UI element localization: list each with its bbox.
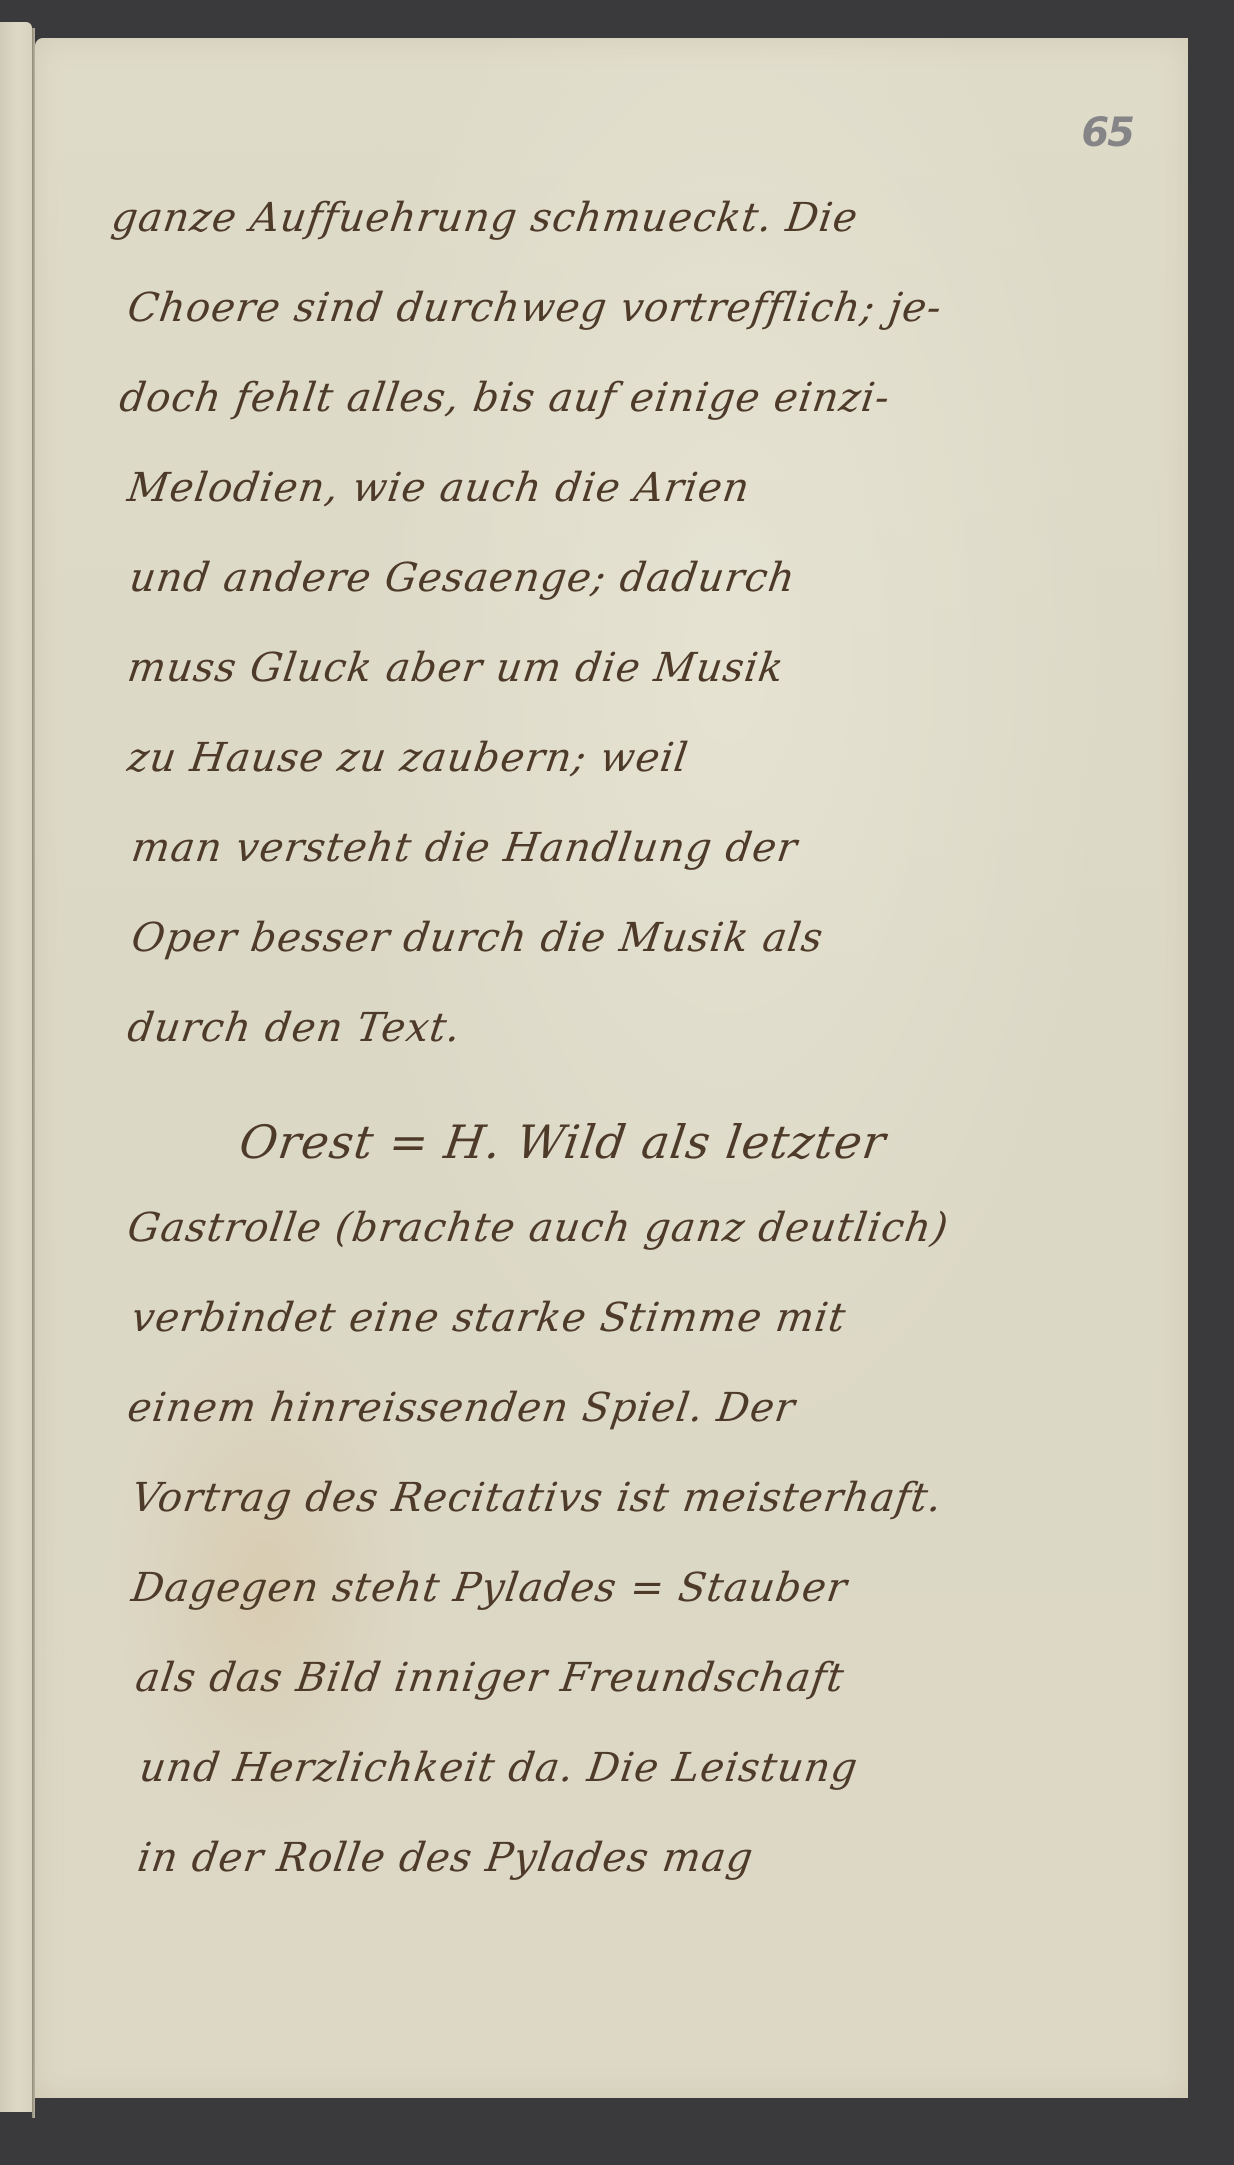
handwritten-text-block: ganze Auffuehrung schmueckt. DieChoere s…	[35, 38, 1188, 2098]
text-line: in der Rolle des Pylades mag	[135, 1835, 757, 1881]
text-line: ganze Auffuehrung schmueckt. Die	[109, 195, 861, 241]
text-line: Vortrag des Recitativs ist meisterhaft.	[129, 1475, 945, 1521]
text-line: durch den Text.	[125, 1005, 464, 1051]
text-line: doch fehlt alles, bis auf einige einzi-	[117, 375, 893, 421]
text-line: muss Gluck aber um die Musik	[125, 645, 787, 691]
text-line: Choere sind durchweg vortrefflich; je-	[125, 285, 945, 331]
text-line: einem hinreissenden Spiel. Der	[125, 1385, 799, 1431]
text-line: und andere Gesaenge; dadurch	[127, 555, 799, 601]
text-line: Melodien, wie auch die Arien	[125, 465, 753, 511]
section-heading-line: Orest = H. Wild als letzter	[236, 1115, 889, 1169]
text-line: Oper besser durch die Musik als	[129, 915, 827, 961]
text-line: als das Bild inniger Freundschaft	[133, 1655, 848, 1701]
manuscript-page: 65 ganze Auffuehrung schmueckt. DieChoer…	[35, 38, 1188, 2098]
text-line: man versteht die Handlung der	[129, 825, 801, 871]
text-line: zu Hause zu zaubern; weil	[125, 735, 692, 781]
previous-page-edge	[0, 22, 32, 2112]
text-line: verbindet eine starke Stimme mit	[129, 1295, 849, 1341]
text-line: Dagegen steht Pylades = Stauber	[129, 1565, 851, 1611]
text-line: und Herzlichkeit da. Die Leistung	[137, 1745, 861, 1791]
text-line: Gastrolle (brachte auch ganz deutlich)	[125, 1205, 952, 1251]
